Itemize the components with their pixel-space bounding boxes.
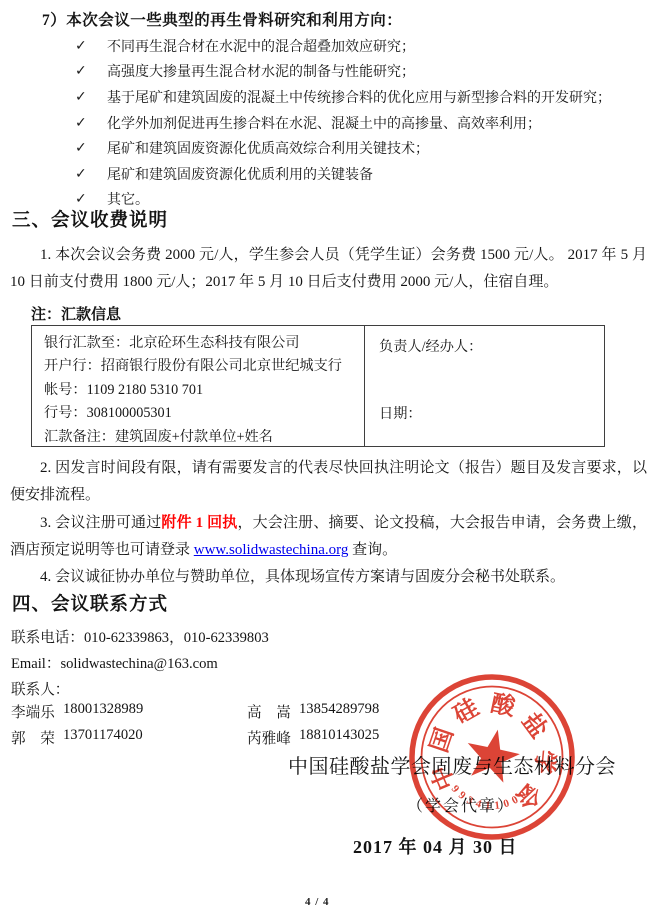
checkmark-icon: ✓ xyxy=(75,140,107,156)
contact-section-heading: 四、会议联系方式 xyxy=(12,590,168,616)
svg-text:1: 1 xyxy=(484,800,491,812)
research-direction-list: ✓不同再生混合材在水泥中的混合超叠加效应研究； ✓高强度大掺量再生混合材水泥的制… xyxy=(75,33,650,212)
svg-text:国: 国 xyxy=(426,725,459,756)
list-item-text: 尾矿和建筑固废资源化优质利用的关键装备 xyxy=(107,164,373,184)
bank-routing-number: 行号：308100005301 xyxy=(44,402,364,425)
bank-info-table: 银行汇款至：北京砼环生态科技有限公司 开户行：招商银行股份有限公司北京世纪城支行… xyxy=(31,325,605,447)
sponsor-paragraph: 4. 会议诚征协办单位与赞助单位，具体现场宣传方案请与固废分会秘书处联系。 xyxy=(10,564,647,591)
person-name: 芮雅峰 xyxy=(247,727,299,748)
bank-details-cell: 银行汇款至：北京砼环生态科技有限公司 开户行：招商银行股份有限公司北京世纪城支行… xyxy=(32,326,365,446)
contact-persons-label: 联系人： xyxy=(11,678,69,699)
fees-section-heading: 三、会议收费说明 xyxy=(12,206,168,232)
fees-paragraph: 1. 本次会议会务费 2000 元/人，学生参会人员（凭学生证）会务费 1500… xyxy=(10,242,647,297)
checkmark-icon: ✓ xyxy=(75,38,107,54)
person-name: 高 嵩 xyxy=(247,701,299,722)
person-phone: 13701174020 xyxy=(63,727,195,748)
bank-payee: 银行汇款至：北京砼环生态科技有限公司 xyxy=(44,332,364,355)
website-link[interactable]: www.solidwastechina.org xyxy=(194,542,349,558)
list-item: ✓不同再生混合材在水泥中的混合超叠加效应研究； xyxy=(75,33,650,59)
person-phone: 13854289798 xyxy=(299,701,379,722)
list-item: ✓化学外加剂促进再生掺合料在水泥、混凝土中的高掺量、高效率利用； xyxy=(75,110,650,136)
list-item-text: 高强度大掺量再生混合材水泥的制备与性能研究； xyxy=(107,61,415,81)
registration-text-after: 查询。 xyxy=(348,542,397,558)
svg-text:4: 4 xyxy=(474,798,483,811)
document-page: 7）本次会议一些典型的再生骨料研究和利用方向： ✓不同再生混合材在水泥中的混合超… xyxy=(0,0,665,920)
list-item-text: 基于尾矿和建筑固废的混凝土中传统掺合料的优化应用与新型掺合料的开发研究； xyxy=(107,87,611,107)
list-item: ✓高强度大掺量再生混合材水泥的制备与性能研究； xyxy=(75,59,650,85)
list-item-text: 化学外加剂促进再生掺合料在水泥、混凝土中的高掺量、高效率利用； xyxy=(107,113,541,133)
person-name: 郭 荣 xyxy=(11,727,63,748)
svg-text:0: 0 xyxy=(502,797,511,810)
checkmark-icon: ✓ xyxy=(75,63,107,79)
star-icon xyxy=(461,724,524,785)
contact-phone-line: 联系电话：010-62339863，010-62339803 xyxy=(11,626,269,647)
attachment-notice: 附件 1 回执 xyxy=(161,515,237,531)
list-item: ✓尾矿和建筑固废资源化优质利用的关键装备 xyxy=(75,161,650,187)
seal-registration-number: 6000114399 xyxy=(446,767,537,822)
speech-paragraph: 2. 因发言时间段有限，请有需要发言的代表尽快回执注明论文（报告）题目及发言要求… xyxy=(10,455,647,510)
svg-text:1: 1 xyxy=(494,799,501,812)
list-item-text: 不同再生混合材在水泥中的混合超叠加效应研究； xyxy=(107,36,415,56)
page-number: 4 / 4 xyxy=(305,896,330,908)
recycled-aggregate-heading: 7）本次会议一些典型的再生骨料研究和利用方向： xyxy=(42,8,402,30)
responsible-person-label: 负责人/经办人： xyxy=(379,336,604,356)
svg-text:酸: 酸 xyxy=(488,689,518,722)
checkmark-icon: ✓ xyxy=(75,115,107,131)
contact-email-line: Email：solidwastechina@163.com xyxy=(11,652,218,673)
notes-paragraphs: 2. 因发言时间段有限，请有需要发言的代表尽快回执注明论文（报告）题目及发言要求… xyxy=(10,455,647,591)
contact-person-row: 郭 荣 13701174020 芮雅峰 18810143025 xyxy=(11,727,431,748)
person-name: 李端乐 xyxy=(11,701,63,722)
svg-text:硅: 硅 xyxy=(449,694,483,729)
official-seal: 中国硅酸盐学会 6000114399 xyxy=(392,657,592,857)
checkmark-icon: ✓ xyxy=(75,166,107,182)
remittance-note: 注：汇款信息 xyxy=(31,303,121,324)
date-label: 日期： xyxy=(379,403,604,423)
list-item: ✓基于尾矿和建筑固废的混凝土中传统掺合料的优化应用与新型掺合料的开发研究； xyxy=(75,84,650,110)
person-phone: 18810143025 xyxy=(299,727,379,748)
fees-paragraph-text: 1. 本次会议会务费 2000 元/人，学生参会人员（凭学生证）会务费 1500… xyxy=(10,242,647,297)
bank-remark: 汇款备注：建筑固废+付款单位+姓名 xyxy=(44,426,364,449)
bank-branch: 开户行：招商银行股份有限公司北京世纪城支行 xyxy=(44,355,364,378)
signoff-cell: 负责人/经办人： 日期： xyxy=(365,326,604,446)
bank-account-number: 帐号：1109 2180 5310 701 xyxy=(44,379,364,402)
registration-paragraph: 3. 会议注册可通过附件 1 回执，大会注册、摘要、论文投稿，大会报告申请，会务… xyxy=(10,510,647,565)
checkmark-icon: ✓ xyxy=(75,89,107,105)
checkmark-icon: ✓ xyxy=(75,191,107,207)
person-phone: 18001328989 xyxy=(63,701,195,722)
svg-text:3: 3 xyxy=(465,794,476,807)
contact-person-row: 李端乐 18001328989 高 嵩 13854289798 xyxy=(11,701,431,722)
list-item-text: 尾矿和建筑固废资源化优质高效综合利用关键技术； xyxy=(107,138,429,158)
registration-text-before: 3. 会议注册可通过 xyxy=(40,515,161,531)
svg-text:学: 学 xyxy=(530,749,559,775)
list-item: ✓尾矿和建筑固废资源化优质高效综合利用关键技术； xyxy=(75,135,650,161)
